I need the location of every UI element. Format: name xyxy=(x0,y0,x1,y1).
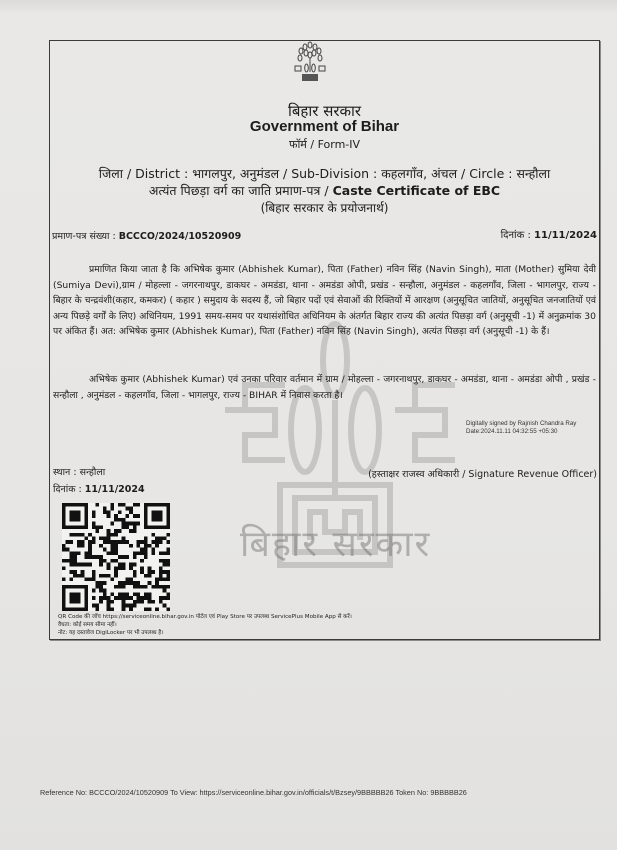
certificate-number: प्रमाण-पत्र संख्या : BCCCO/2024/10520909 xyxy=(52,229,241,242)
certificate-body-paragraph-2: अभिषेक कुमार (Abhishek Kumar) एवं उनका प… xyxy=(53,372,596,403)
signed-date-value: 11/11/2024 xyxy=(85,484,145,495)
district-label: जिला / District : xyxy=(99,166,192,181)
location-line: जिला / District : भागलपुर, अनुमंडल / Sub… xyxy=(49,165,600,182)
header-title-english: Government of Bihar xyxy=(49,118,600,135)
certificate-title-hindi: अत्यंत पिछड़ा वर्ग का जाति प्रमाण-पत्र / xyxy=(149,183,333,198)
issue-date-value: 11/11/2024 xyxy=(534,230,597,241)
district-value: भागलपुर xyxy=(192,166,232,181)
subdivision-label: , अनुमंडल / Sub-Division : xyxy=(232,166,381,181)
place-label: स्थान : xyxy=(53,467,80,478)
circle-value: सन्हौला xyxy=(516,166,550,181)
place: स्थान : सन्हौला xyxy=(53,465,105,478)
subdivision-value: कहलगाँव xyxy=(381,166,423,181)
certificate-body-paragraph-1: प्रमाणित किया जाता है कि अभिषेक कुमार (A… xyxy=(53,262,596,340)
qr-code-icon[interactable] xyxy=(62,503,170,611)
certificate-number-value: BCCCO/2024/10520909 xyxy=(119,231,242,242)
reference-footer: Reference No: BCCCO/2024/10520909 To Vie… xyxy=(40,788,467,797)
verification-notes: QR Code की जाँच https://serviceonline.bi… xyxy=(58,613,352,637)
issue-date: दिनांक : 11/11/2024 xyxy=(501,227,597,241)
circle-label: , अंचल / Circle : xyxy=(423,166,516,181)
certificate-purpose: (बिहार सरकार के प्रयोजनार्थ) xyxy=(49,199,600,216)
certificate-number-label: प्रमाण-पत्र संख्या : xyxy=(52,231,119,242)
certificate-title: अत्यंत पिछड़ा वर्ग का जाति प्रमाण-पत्र /… xyxy=(49,182,600,199)
digital-signature: Digitally signed by Rajnish Chandra Ray … xyxy=(466,420,576,436)
signatory-label: (हस्ताक्षर राजस्व अधिकारी / Signature Re… xyxy=(368,467,597,480)
certificate-title-english: Caste Certificate of EBC xyxy=(333,183,500,198)
digital-signature-signer: Digitally signed by Rajnish Chandra Ray xyxy=(466,420,576,428)
digital-signature-date: Date:2024.11.11 04:32:55 +05:30 xyxy=(466,428,576,436)
bihar-government-emblem-icon xyxy=(292,40,328,84)
issue-date-label: दिनांक : xyxy=(501,230,534,241)
place-value: सन्हौला xyxy=(80,467,106,478)
form-number: फॉर्म / Form-IV xyxy=(49,137,600,152)
qr-verification-note: QR Code की जाँच https://serviceonline.bi… xyxy=(58,613,352,621)
signed-date: दिनांक : 11/11/2024 xyxy=(53,482,145,495)
validity-note: वैधता: कोई समय सीमा नहीं। xyxy=(58,621,352,629)
digilocker-note: नोट: यह दस्तावेज DigiLocker पर भी उपलब्ध… xyxy=(58,629,352,637)
signed-date-label: दिनांक : xyxy=(53,484,85,495)
